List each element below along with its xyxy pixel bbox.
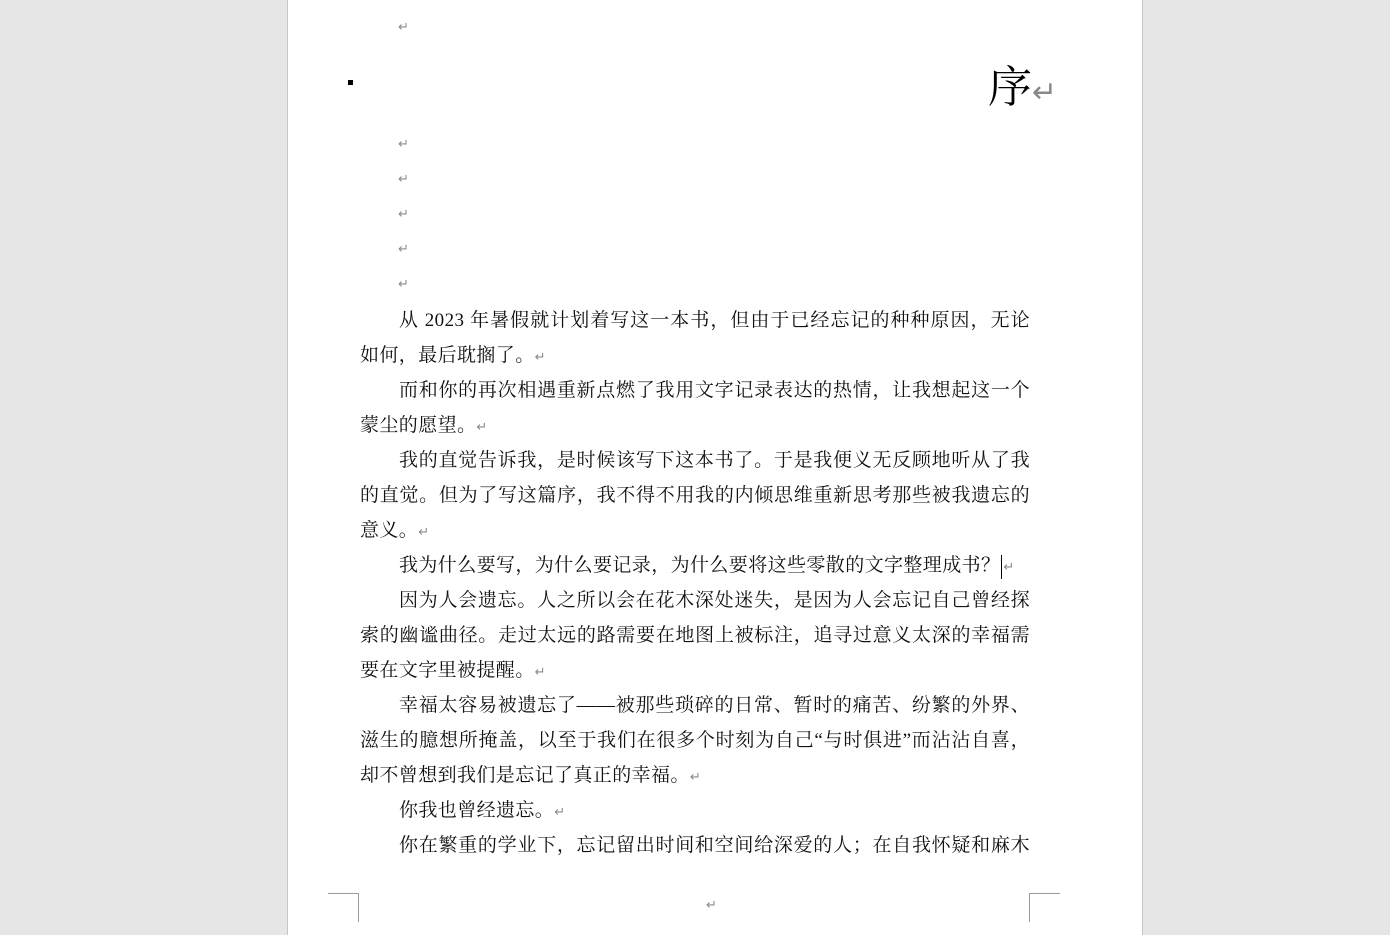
paragraph-mark: ↵ (535, 350, 546, 365)
title-text: 序 (988, 63, 1032, 112)
paragraph-mark: ↵ (398, 240, 409, 260)
paragraph-mark: ↵ (398, 170, 409, 190)
document-page[interactable]: ↵ 序↵ ↵ ↵ ↵ ↵ ↵ 从 2023 年暑假就计划着写这一本书，但由于已经… (287, 0, 1143, 935)
line-text: 索的幽谧曲径。走过太远的路需要在地图上被标注，追寻过意义太深的幸福需 (360, 625, 1030, 646)
text-line[interactable]: 的直觉。但为了写这篇序，我不得不用我的内倾思维重新思考那些被我遗忘的 (360, 478, 1030, 513)
paragraph-mark: ↵ (418, 525, 429, 540)
line-text: 意义。 (360, 520, 418, 541)
line-text: 蒙尘的愿望。 (360, 415, 476, 436)
text-line[interactable]: 因为人会遗忘。人之所以会在花木深处迷失，是因为人会忘记自己曾经探 (360, 583, 1030, 618)
paragraph-mark: ↵ (1003, 560, 1014, 575)
paragraph-mark: ↵ (554, 805, 565, 820)
paragraph-mark: ↵ (690, 770, 701, 785)
line-text: 却不曾想到我们是忘记了真正的幸福。 (360, 765, 690, 786)
paragraph-mark: ↵ (398, 275, 409, 295)
paragraph-mark: ↵ (1032, 75, 1057, 110)
text-line[interactable]: 要在文字里被提醒。↵ (360, 653, 1030, 688)
paragraph-mark: ↵ (398, 135, 409, 155)
text-line[interactable]: 而和你的再次相遇重新点燃了我用文字记录表达的热情，让我想起这一个 (360, 373, 1030, 408)
text-line[interactable]: 你在繁重的学业下，忘记留出时间和空间给深爱的人；在自我怀疑和麻木 (360, 828, 1030, 863)
line-text: 的直觉。但为了写这篇序，我不得不用我的内倾思维重新思考那些被我遗忘的 (360, 485, 1030, 506)
margin-corner-mark-right (1029, 893, 1060, 922)
line-text: 幸福太容易被遗忘了——被那些琐碎的日常、暂时的痛苦、纷繁的外界、 (399, 695, 1030, 716)
line-text: 从 2023 年暑假就计划着写这一本书，但由于已经忘记的种种原因，无论 (399, 310, 1030, 331)
footer-paragraph-mark: ↵ (706, 898, 717, 913)
text-line[interactable]: 蒙尘的愿望。↵ (360, 408, 1030, 443)
text-line[interactable]: 从 2023 年暑假就计划着写这一本书，但由于已经忘记的种种原因，无论 (360, 303, 1030, 338)
text-line[interactable]: 你我也曾经遗忘。↵ (360, 793, 1030, 828)
line-text: 我的直觉告诉我，是时候该写下这本书了。于是我便义无反顾地听从了我 (399, 450, 1030, 471)
line-text: 我为什么要写，为什么要记录，为什么要将这些零散的文字整理成书？ (399, 555, 1000, 576)
line-text: 你在繁重的学业下，忘记留出时间和空间给深爱的人；在自我怀疑和麻木 (399, 835, 1030, 856)
text-line[interactable]: 索的幽谧曲径。走过太远的路需要在地图上被标注，追寻过意义太深的幸福需 (360, 618, 1030, 653)
text-line[interactable]: 却不曾想到我们是忘记了真正的幸福。↵ (360, 758, 1030, 793)
paragraph-bullet-marker (348, 80, 353, 85)
text-line[interactable]: 我为什么要写，为什么要记录，为什么要将这些零散的文字整理成书？↵ (360, 548, 1030, 583)
line-text: 如何，最后耽搁了。 (360, 345, 535, 366)
text-line[interactable]: 我的直觉告诉我，是时候该写下这本书了。于是我便义无反顾地听从了我 (360, 443, 1030, 478)
paragraph-mark: ↵ (476, 420, 487, 435)
text-line[interactable]: 如何，最后耽搁了。↵ (360, 338, 1030, 373)
line-text: 因为人会遗忘。人之所以会在花木深处迷失，是因为人会忘记自己曾经探 (399, 590, 1030, 611)
line-text: 要在文字里被提醒。 (360, 660, 535, 681)
paragraph-mark: ↵ (398, 205, 409, 225)
margin-corner-mark-left (328, 893, 359, 922)
text-line[interactable]: 滋生的臆想所掩盖，以至于我们在很多个时刻为自己“与时俱进”而沾沾自喜， (360, 723, 1030, 758)
line-text: 滋生的臆想所掩盖，以至于我们在很多个时刻为自己“与时俱进”而沾沾自喜， (360, 730, 1030, 751)
line-text: 而和你的再次相遇重新点燃了我用文字记录表达的热情，让我想起这一个 (399, 380, 1030, 401)
text-line[interactable]: 幸福太容易被遗忘了——被那些琐碎的日常、暂时的痛苦、纷繁的外界、 (360, 688, 1030, 723)
page-title[interactable]: 序↵ (988, 58, 1057, 123)
text-line[interactable]: 意义。↵ (360, 513, 1030, 548)
line-text: 你我也曾经遗忘。 (399, 800, 554, 821)
paragraph-mark: ↵ (398, 18, 409, 38)
paragraph-mark: ↵ (535, 665, 546, 680)
